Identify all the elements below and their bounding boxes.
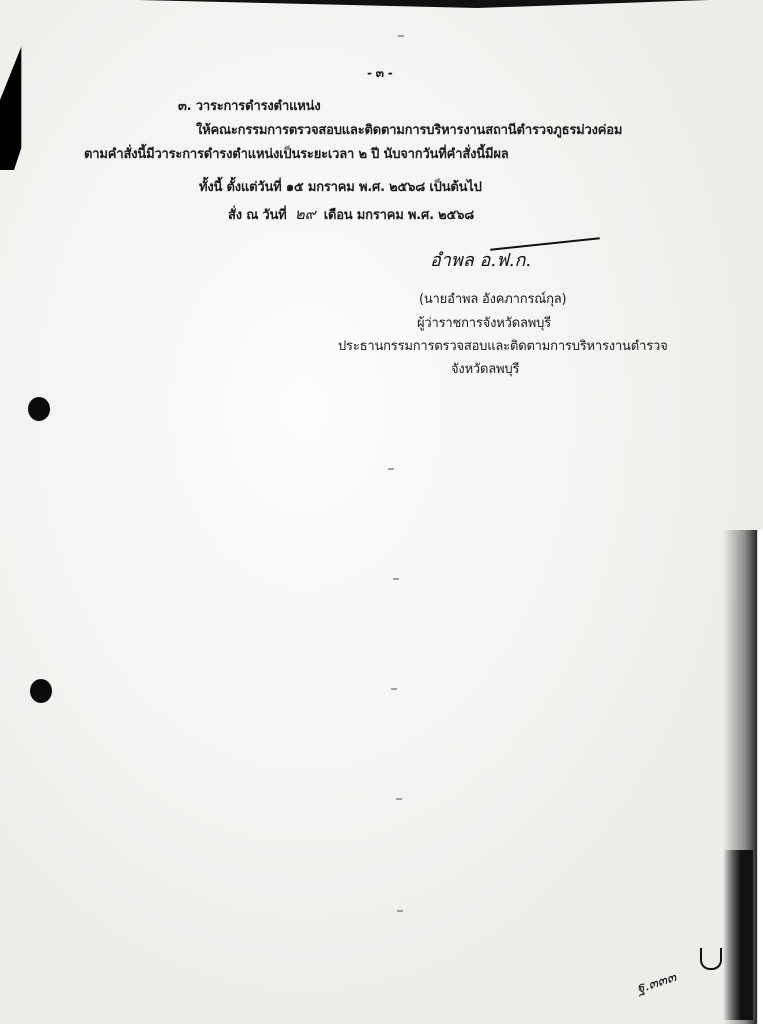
scan-speck [396,798,402,800]
handwritten-check-icon [700,948,722,970]
section-heading: ๓. วาระการดำรงตำแหน่ง [178,95,320,116]
scan-speck [398,35,404,37]
scan-edge-right-shadow [723,850,753,1020]
scan-speck [397,910,403,912]
punch-hole-icon [28,397,50,421]
effective-date: ทั้งนี้ ตั้งแต่วันที่ ๑๕ มกราคม พ.ศ. ๒๕๖… [199,176,482,197]
scan-speck [393,578,399,580]
paragraph-line-2: ตามคำสั่งนี้มีวาระการดำรงตำแหน่งเป็นระยะ… [84,143,509,164]
order-date-prefix: สั่ง ณ วันที่ [228,208,287,223]
paragraph-line-1: ให้คณะกรรมการตรวจสอบและติดตามการบริหารงา… [196,119,622,140]
order-day-handwritten: ๒๙ [295,205,315,223]
order-date-suffix: เดือน มกราคม พ.ศ. ๒๕๖๘ [324,208,474,223]
page-number: - ๓ - [367,64,393,83]
signer-title: ผู้ว่าราชการจังหวัดลพบุรี [417,312,551,333]
signer-name: (นายอำพล อังคภากรณ์กุล) [419,288,566,309]
punch-hole-icon [30,679,52,703]
signer-role: ประธานกรรมการตรวจสอบและติดตามการบริหารงา… [338,335,668,356]
signer-province: จังหวัดลพบุรี [451,358,519,379]
scan-speck [388,468,394,470]
scan-speck [391,688,397,690]
order-date: สั่ง ณ วันที่ ๒๙ เดือน มกราคม พ.ศ. ๒๕๖๘ [228,202,474,226]
signature: อำพล อ.ฟ.ก. [430,245,531,274]
